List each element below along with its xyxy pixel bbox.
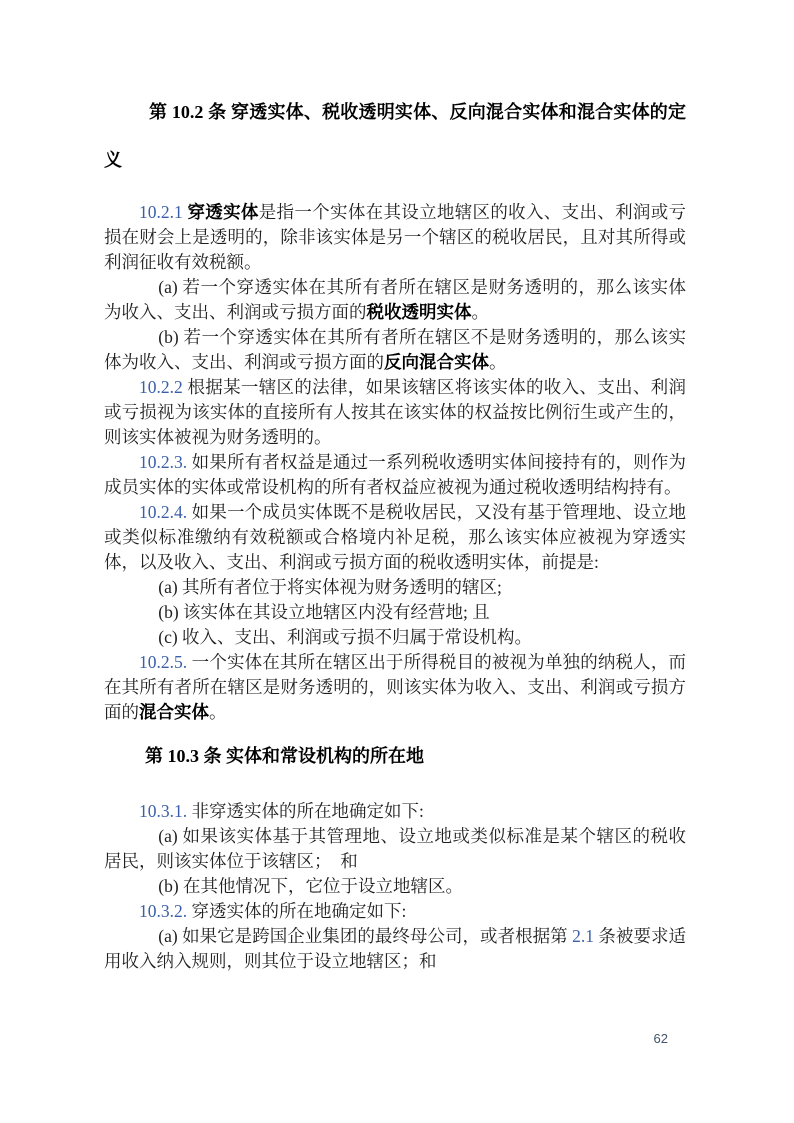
number-text: 10.3.1. (139, 801, 187, 821)
text-run: (a) 如果它是跨国企业集团的最终母公司，或者根据第 (158, 926, 572, 946)
text-run: 。 (489, 352, 507, 372)
bold-term: 第 (149, 102, 172, 122)
paragraph: (a) 如果该实体基于其管理地、设立地或类似标准是某个辖区的税收居民，则该实体位… (104, 824, 686, 874)
article-10-2-heading: 第 10.2 条 穿透实体、税收透明实体、反向混合实体和混合实体的定义 (104, 88, 686, 184)
bold-term: 混合实体 (139, 702, 209, 722)
paragraph: (b) 若一个穿透实体在其所有者所在辖区不是财务透明的，那么该实体为收入、支出、… (104, 325, 686, 375)
paragraph: 10.3.2. 穿透实体的所在地确定如下: (104, 899, 686, 924)
number-text: 10.2 (172, 102, 204, 122)
article-10-3-body: 10.3.1. 非穿透实体的所在地确定如下:(a) 如果该实体基于其管理地、设立… (104, 799, 686, 974)
text-run: 。 (209, 702, 227, 722)
paragraph: 10.2.4. 如果一个成员实体既不是税收居民，又没有基于管理地、设立地或类似标… (104, 500, 686, 575)
text-run: (b) 在其他情况下，它位于设立地辖区。 (158, 876, 463, 896)
number-text: 10.2.4. (139, 502, 187, 522)
number-text: 10.2.2 (139, 377, 183, 397)
text-run: 如果所有者权益是通过一系列税收透明实体间接持有的，则作为成员实体的实体或常设机构… (104, 452, 686, 497)
text-run: 根据某一辖区的法律，如果该辖区将该实体的收入、支出、利润或亏损视为该实体的直接所… (104, 377, 686, 447)
paragraph: (a) 其所有者位于将实体视为财务透明的辖区; (104, 575, 686, 600)
number-text: 10.2.1 (139, 202, 183, 222)
article-10-3-heading: 第 10.3 条 实体和常设机构的所在地 (104, 741, 686, 771)
number-text: 10.3.2. (139, 901, 187, 921)
number-text: 10.3 (168, 746, 200, 766)
page-number: 62 (654, 1031, 668, 1047)
paragraph: 10.2.3. 如果所有者权益是通过一系列税收透明实体间接持有的，则作为成员实体… (104, 450, 686, 500)
bold-term: 反向混合实体 (384, 352, 489, 372)
text-run: (a) 其所有者位于将实体视为财务透明的辖区; (158, 577, 502, 597)
paragraph: (c) 收入、支出、利润或亏损不归属于常设机构。 (104, 625, 686, 650)
number-text: 10.2.3. (139, 452, 187, 472)
paragraph: (b) 在其他情况下，它位于设立地辖区。 (104, 874, 686, 899)
paragraph: 10.2.1 穿透实体是指一个实体在其设立地辖区的收入、支出、利润或亏损在财会上… (104, 200, 686, 275)
number-text: 10.2.5. (139, 652, 187, 672)
paragraph: 10.2.5. 一个实体在其所在辖区出于所得税目的被视为单独的纳税人，而在其所有… (104, 650, 686, 725)
article-10-2-body: 10.2.1 穿透实体是指一个实体在其设立地辖区的收入、支出、利润或亏损在财会上… (104, 200, 686, 725)
text-run: (a) 如果该实体基于其管理地、设立地或类似标准是某个辖区的税收居民，则该实体位… (104, 826, 686, 871)
document-page: 第 10.2 条 穿透实体、税收透明实体、反向混合实体和混合实体的定义 10.2… (0, 0, 794, 1123)
text-run: (c) 收入、支出、利润或亏损不归属于常设机构。 (158, 627, 532, 647)
number-text: 2.1 (572, 926, 594, 946)
text-run: (b) 该实体在其设立地辖区内没有经营地; 且 (158, 602, 490, 622)
paragraph: 10.3.1. 非穿透实体的所在地确定如下: (104, 799, 686, 824)
bold-term: 税收透明实体 (367, 302, 472, 322)
text-run: 穿透实体的所在地确定如下: (187, 901, 406, 921)
paragraph: (a) 如果它是跨国企业集团的最终母公司，或者根据第 2.1 条被要求适用收入纳… (104, 924, 686, 974)
text-run: 非穿透实体的所在地确定如下: (187, 801, 424, 821)
bold-term: 条 实体和常设机构的所在地 (199, 746, 424, 766)
paragraph: (b) 该实体在其设立地辖区内没有经营地; 且 (104, 600, 686, 625)
text-run: 。 (472, 302, 490, 322)
paragraph: 10.2.2 根据某一辖区的法律，如果该辖区将该实体的收入、支出、利润或亏损视为… (104, 375, 686, 450)
text-run: 如果一个成员实体既不是税收居民，又没有基于管理地、设立地或类似标准缴纳有效税额或… (104, 502, 686, 572)
bold-term: 第 (145, 746, 168, 766)
paragraph: (a) 若一个穿透实体在其所有者所在辖区是财务透明的，那么该实体为收入、支出、利… (104, 275, 686, 325)
bold-term: 穿透实体 (187, 202, 258, 222)
